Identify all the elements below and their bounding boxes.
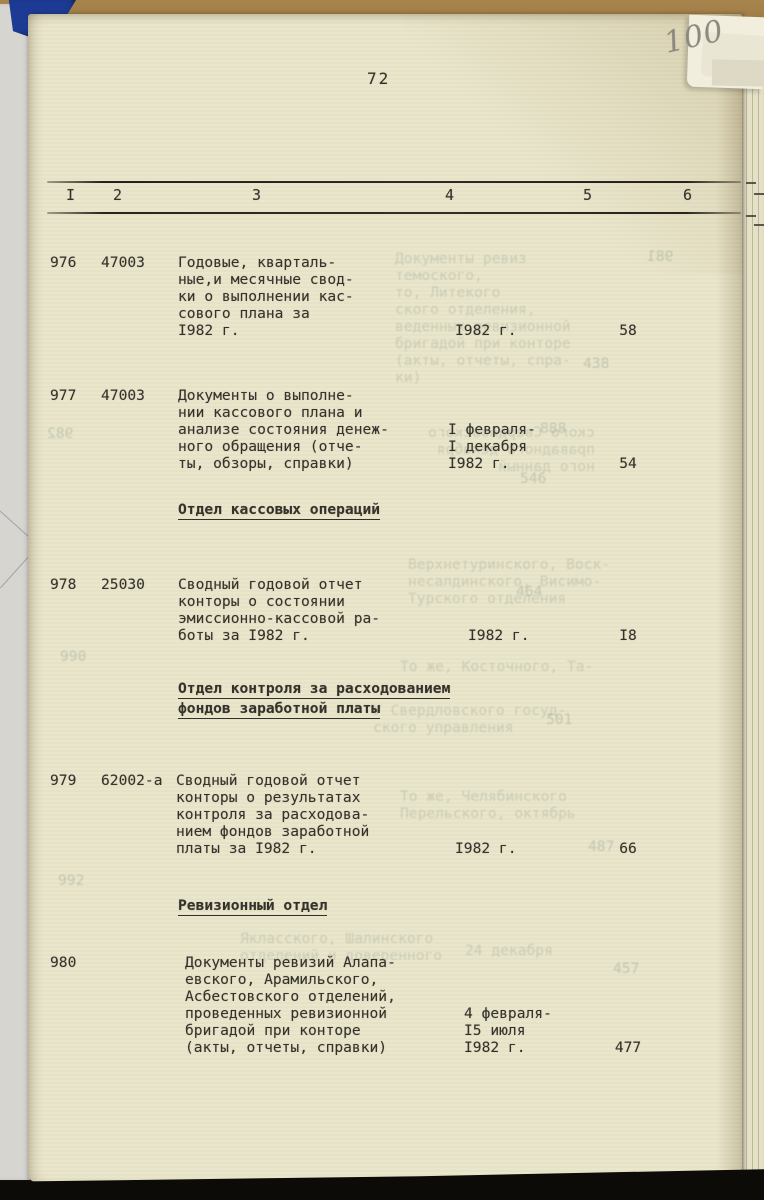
column-header-2: 2 xyxy=(113,187,122,204)
entry-date-line: I декабря xyxy=(448,438,536,455)
entry-dates: 4 февраля-I5 июляI982 г. xyxy=(464,1005,552,1056)
ghost-text-block: То же, ЧелябинскогоПерельского, октябрь xyxy=(400,788,576,822)
entry-sheet-count: 477 xyxy=(584,1039,672,1056)
ghost-number: 546 xyxy=(520,470,546,487)
entry-date-line: I982 г. xyxy=(464,1039,552,1056)
column-header-6: 6 xyxy=(683,187,692,204)
entry-description-line: ного обращения (отче- xyxy=(178,438,389,455)
section-heading-line: Ревизионный отдел xyxy=(178,897,327,916)
entry-number: 978 xyxy=(50,576,76,593)
ghost-text-line: несалдинского, Висимо- xyxy=(408,573,610,590)
entry-sheet-count: I8 xyxy=(584,627,672,644)
entry-number: 976 xyxy=(50,254,76,271)
entry-fund-code: 25030 xyxy=(101,576,145,593)
column-headers: I 2 3 4 5 6 xyxy=(28,184,742,320)
page-number: 72 xyxy=(367,70,390,87)
entry-date-line: I982 г. xyxy=(455,840,517,857)
ghost-text-block: Верхнетуринского, Воск-несалдинского, Ви… xyxy=(408,556,610,607)
entry-description-line: Сводный годовой отчет xyxy=(178,576,380,593)
entry-description-line: Сводный годовой отчет xyxy=(176,772,369,789)
entry-fund-code: 62002-а xyxy=(101,772,163,789)
ghost-text-line: Документы ревиз xyxy=(395,250,571,267)
entry-description-line: проведенных ревизионной xyxy=(185,1005,396,1022)
ghost-text-line: темоского, xyxy=(395,267,571,284)
section-heading: Ревизионный отдел xyxy=(178,897,327,917)
entry-sheet-count: 54 xyxy=(584,455,672,472)
entry-number: 980 xyxy=(50,954,76,971)
pencil-mark xyxy=(0,510,31,539)
entry-sheet-count: 58 xyxy=(584,322,672,339)
section-heading: Отдел кассовых операций xyxy=(178,501,380,521)
column-header-1: I xyxy=(66,187,75,204)
entry-date-line: I982 г. xyxy=(448,455,536,472)
ghost-number: 982 xyxy=(47,425,73,442)
entry-description-line: платы за I982 г. xyxy=(176,840,369,857)
ghost-text-block: Документы ревизтемоского,то, Литекогоско… xyxy=(395,250,571,386)
page-edge-line xyxy=(746,18,747,1182)
section-heading-line: фондов заработной платы xyxy=(178,700,380,719)
entry-date-line: I5 июля xyxy=(464,1022,552,1039)
entry-number: 977 xyxy=(50,387,76,404)
ghost-number: 981 xyxy=(647,248,673,265)
entry-fund-code: 47003 xyxy=(101,387,145,404)
entry-dates: I982 г. xyxy=(455,322,517,339)
entry-description-line: нии кассового плана и xyxy=(178,404,389,421)
ghost-text-block: То же, Косточного, Та- xyxy=(400,658,593,675)
entry-description: Сводный годовой отчетконторы о состоянии… xyxy=(178,576,380,644)
entry-dates: I982 г. xyxy=(455,840,517,857)
entry-description-line: контроля за расходова- xyxy=(176,806,369,823)
rule-continuation-dash xyxy=(746,215,756,217)
entry-date-line: 4 февраля- xyxy=(464,1005,552,1022)
ghost-number: 990 xyxy=(60,648,86,665)
ghost-text-line: То же, Косточного, Та- xyxy=(400,658,593,675)
table-header-rule-bottom xyxy=(47,212,741,214)
rule-continuation-dash xyxy=(754,224,764,226)
entry-dates: I982 г. xyxy=(468,627,530,644)
entry-date-line: I982 г. xyxy=(455,322,517,339)
ghost-text-line: ского отделения, xyxy=(395,301,571,318)
underlying-page-left-edge xyxy=(0,4,30,1180)
entry-sheet-count: 66 xyxy=(584,840,672,857)
entry-description-line: ки о выполнении кас- xyxy=(178,288,354,305)
document-page: 72 I 2 3 4 5 6 Документы ревизтемоского,… xyxy=(28,14,742,1182)
entry-description: Документы о выполне-нии кассового плана … xyxy=(178,387,389,472)
entry-description-line: ты, обзоры, справки) xyxy=(178,455,389,472)
entry-description-line: эмиссионно-кассовой ра- xyxy=(178,610,380,627)
entry-description-line: Годовые, кварталь- xyxy=(178,254,354,271)
ghost-number: 501 xyxy=(546,711,572,728)
entry-description-line: анализе состояния денеж- xyxy=(178,421,389,438)
ghost-text-line: Верхнетуринского, Воск- xyxy=(408,556,610,573)
ghost-text-line: То же, Челябинского xyxy=(400,788,576,805)
entry-description-line: I982 г. xyxy=(178,322,354,339)
entry-description-line: сового плана за xyxy=(178,305,354,322)
entry-description-line: конторы о результатах xyxy=(176,789,369,806)
ghost-text-line: то, Литекого xyxy=(395,284,571,301)
entry-description-line: Документы ревизий Алапа- xyxy=(185,954,396,971)
ghost-text-line: ского управления xyxy=(373,719,566,736)
archive-scan-scene: 72 I 2 3 4 5 6 Документы ревизтемоского,… xyxy=(0,0,764,1200)
entry-description-line: боты за I982 г. xyxy=(178,627,380,644)
section-heading-line: Отдел контроля за расходованием xyxy=(178,680,450,699)
section-heading-line: Отдел кассовых операций xyxy=(178,501,380,520)
page-edge-line xyxy=(752,18,753,1182)
entry-description-line: (акты, отчеты, справки) xyxy=(185,1039,396,1056)
entry-description: Документы ревизий Алапа-евского, Арамиль… xyxy=(185,954,396,1056)
rule-continuation-dash xyxy=(746,182,756,184)
ghost-number: 888 xyxy=(540,420,566,437)
ghost-text-line: Перельского, октябрь xyxy=(400,805,576,822)
entry-description-line: Асбестовского отделений, xyxy=(185,988,396,1005)
ghost-text-block: 24 декабря xyxy=(465,942,553,959)
entry-description-line: евского, Арамильского, xyxy=(185,971,396,988)
ghost-number: 457 xyxy=(613,960,639,977)
ghost-number: 464 xyxy=(516,583,542,600)
entry-fund-code: 47003 xyxy=(101,254,145,271)
ghost-text-line: Турского отделения xyxy=(408,590,610,607)
ghost-text-line: ки) xyxy=(395,369,571,386)
entry-description-line: бригадой при конторе xyxy=(185,1022,396,1039)
column-header-5: 5 xyxy=(583,187,592,204)
entry-date-line: I982 г. xyxy=(468,627,530,644)
entry-description-line: Документы о выполне- xyxy=(178,387,389,404)
ghost-text-line: 24 декабря xyxy=(465,942,553,959)
table-header-rule-top xyxy=(47,181,741,183)
ghost-text-line: Якласского, Шалинского xyxy=(240,930,442,947)
ghost-number: 438 xyxy=(583,355,609,372)
entry-dates: I февраля-I декабряI982 г. xyxy=(448,421,536,472)
entry-description: Годовые, кварталь-ные,и месячные свод-ки… xyxy=(178,254,354,339)
ghost-text-line: (акты, отчеты, спра- xyxy=(395,352,571,369)
entry-description-line: нием фондов заработной xyxy=(176,823,369,840)
rule-continuation-dash xyxy=(754,193,764,195)
entry-number: 979 xyxy=(50,772,76,789)
entry-description: Сводный годовой отчетконторы о результат… xyxy=(176,772,369,857)
ghost-number: 992 xyxy=(58,872,84,889)
column-header-3: 3 xyxy=(252,187,261,204)
section-heading: Отдел контроля за расходованиемфондов за… xyxy=(178,680,450,720)
entry-description-line: конторы о состоянии xyxy=(178,593,380,610)
entry-description-line: ные,и месячные свод- xyxy=(178,271,354,288)
entry-date-line: I февраля- xyxy=(448,421,536,438)
page-stack-corner xyxy=(712,60,764,87)
column-header-4: 4 xyxy=(445,187,454,204)
